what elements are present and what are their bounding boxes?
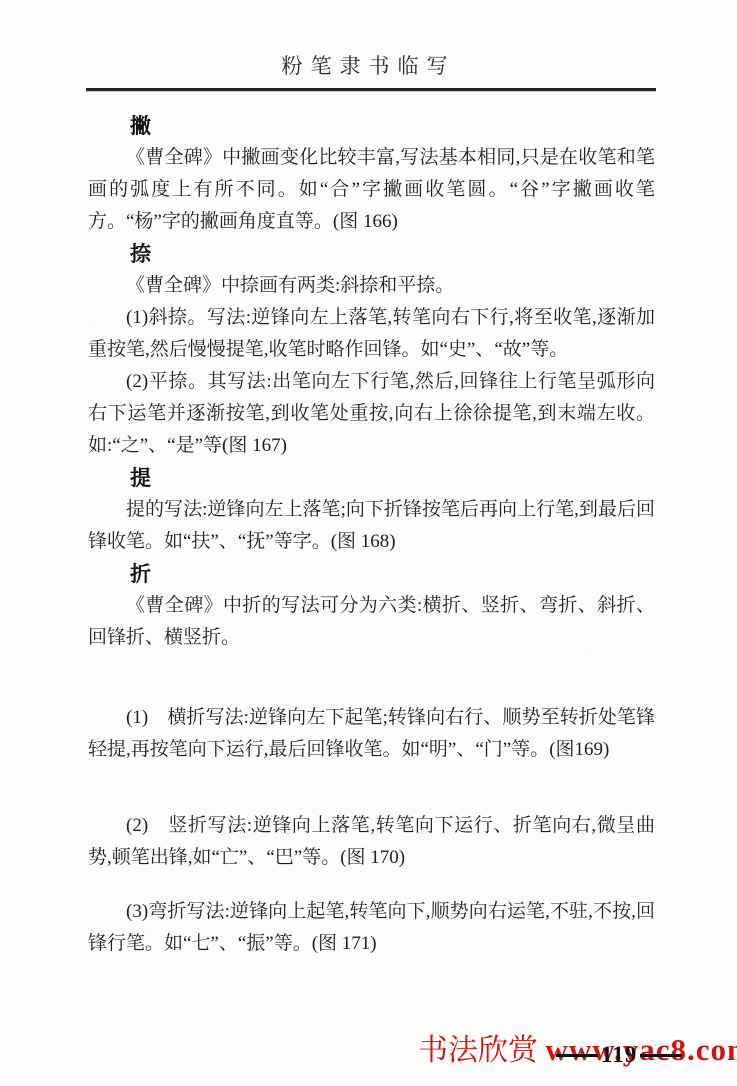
stroke-heading-zhe: 折: [88, 558, 655, 590]
paragraph: (3)弯折写法:逆锋向上起笔,转笔向下,顺势向右运笔,不驻,不按,回锋行笔。如“…: [88, 896, 655, 960]
header-rule: [86, 88, 656, 91]
page-number: 119: [556, 1042, 682, 1068]
paragraph: 《曹全碑》中折的写法可分为六类:横折、竖折、弯折、斜折、回锋折、横竖折。: [88, 590, 655, 654]
page-number-dash-left: [556, 1054, 598, 1057]
watermark-text: 书法欣赏: [418, 1034, 538, 1067]
paragraph: 提的写法:逆锋向左上落笔;向下折锋按笔后再向上行笔,到最后回锋收笔。如“扶”、“…: [88, 494, 655, 558]
paragraph: (1)斜捺。写法:逆锋向左上落笔,转笔向右下行,将至收笔,逐渐加重按笔,然后慢慢…: [88, 302, 655, 366]
paragraph: 《曹全碑》中撇画变化比较丰富,写法基本相同,只是在收笔和笔画的弧度上有所不同。如…: [88, 142, 655, 238]
paragraph: (2) 竖折写法:逆锋向上落笔,转笔向下运行、折笔向右,微呈曲势,顿笔出锋,如“…: [88, 810, 655, 874]
paragraph: 《曹全碑》中捺画有两类:斜捺和平捺。: [88, 270, 655, 302]
page-content: 撇 《曹全碑》中撇画变化比较丰富,写法基本相同,只是在收笔和笔画的弧度上有所不同…: [88, 110, 655, 960]
stroke-heading-ti: 提: [88, 462, 655, 494]
page-title: 粉笔隶书临写: [282, 54, 456, 78]
paragraph: (2)平捺。其写法:出笔向左下行笔,然后,回锋往上行笔呈弧形向右下运笔并逐渐按笔…: [88, 366, 655, 462]
page-header: 粉笔隶书临写: [0, 50, 737, 80]
stroke-heading-pie: 撇: [88, 110, 655, 142]
paragraph: (1) 横折写法:逆锋向左下起笔;转锋向右行、顺势至转折处笔锋轻提,再按笔向下运…: [88, 702, 655, 766]
page-number-value: 119: [598, 1042, 640, 1068]
stroke-heading-na: 捺: [88, 238, 655, 270]
page-number-dash-right: [640, 1054, 682, 1057]
book-page: 粉笔隶书临写 撇 《曹全碑》中撇画变化比较丰富,写法基本相同,只是在收笔和笔画的…: [0, 0, 737, 1086]
